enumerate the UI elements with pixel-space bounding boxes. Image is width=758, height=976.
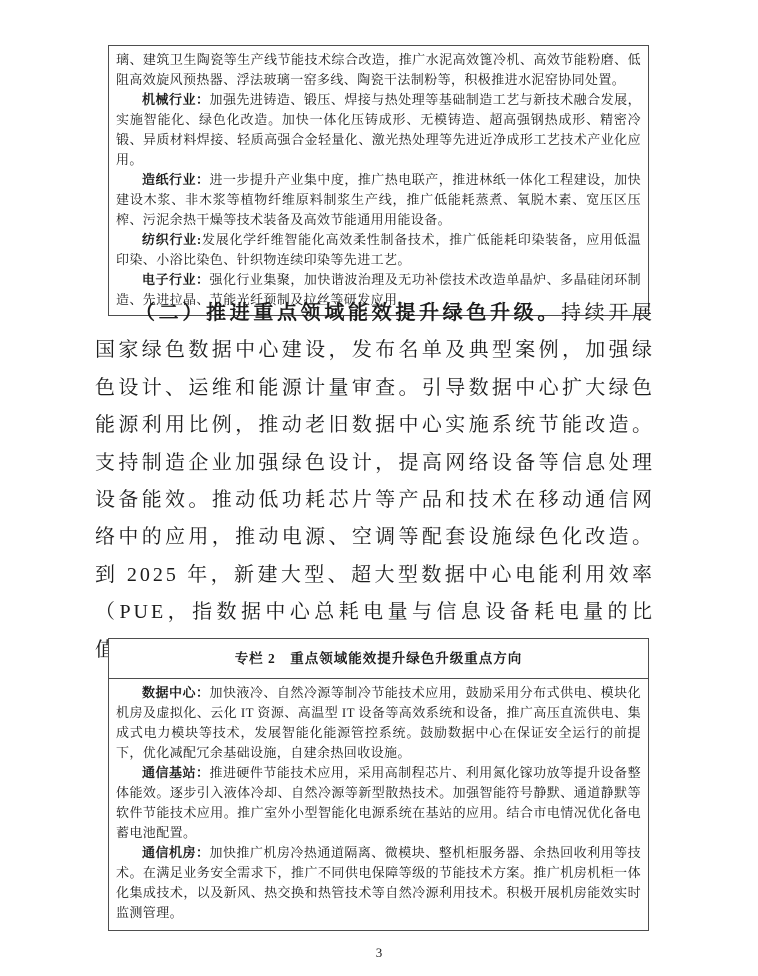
box1-para3-label: 纺织行业: bbox=[142, 232, 202, 247]
box1-para2-label: 造纸行业： bbox=[142, 172, 209, 187]
box2-paragraph-telecom-room: 通信机房：加快推广机房冷热通道隔离、微模块、整机柜服务器、余热回收利用等技术。在… bbox=[116, 843, 641, 923]
section-2-text: 持续开展国家绿色数据中心建设，发布名单及典型案例，加强绿色设计、运维和能源计量审… bbox=[95, 302, 655, 661]
box1-para0-text: 璃、建筑卫生陶瓷等生产线节能技术综合改造，推广水泥高效篦冷机、高效节能粉磨、低阻… bbox=[116, 52, 641, 87]
section-2-paragraph: （二）推进重点领域能效提升绿色升级。持续开展国家绿色数据中心建设，发布名单及典型… bbox=[95, 295, 655, 669]
box2-para2-label: 通信机房： bbox=[142, 845, 209, 860]
industry-directions-box: 璃、建筑卫生陶瓷等生产线节能技术综合改造，推广水泥高效篦冷机、高效节能粉磨、低阻… bbox=[108, 45, 649, 316]
box2-para1-label: 通信基站： bbox=[142, 765, 209, 780]
column-2-box: 专栏 2 重点领域能效提升绿色升级重点方向 数据中心：加快液冷、自然冷源等制冷节… bbox=[108, 638, 649, 931]
box2-paragraph-base-station: 通信基站：推进硬件节能技术应用，采用高制程芯片、利用氮化镓功放等提升设备整体能效… bbox=[116, 763, 641, 843]
column-2-title: 专栏 2 重点领域能效提升绿色升级重点方向 bbox=[109, 639, 648, 679]
section-2-heading: （二）推进重点领域能效提升绿色升级。 bbox=[135, 302, 561, 324]
box1-para1-label: 机械行业： bbox=[142, 92, 209, 107]
box1-paragraph-building-materials: 璃、建筑卫生陶瓷等生产线节能技术综合改造，推广水泥高效篦冷机、高效节能粉磨、低阻… bbox=[116, 50, 641, 90]
box1-paragraph-textile: 纺织行业:发展化学纤维智能化高效柔性制备技术，推广低能耗印染装备，应用低温印染、… bbox=[116, 230, 641, 270]
box2-para0-label: 数据中心： bbox=[142, 685, 209, 700]
page-number: 3 bbox=[0, 945, 758, 961]
box1-para4-label: 电子行业： bbox=[142, 272, 209, 287]
box1-paragraph-machinery: 机械行业：加强先进铸造、锻压、焊接与热处理等基础制造工艺与新技术融合发展，实施智… bbox=[116, 90, 641, 170]
column-2-content: 数据中心：加快液冷、自然冷源等制冷节能技术应用，鼓励采用分布式供电、模块化机房及… bbox=[109, 679, 648, 930]
box1-paragraph-papermaking: 造纸行业：进一步提升产业集中度，推广热电联产，推进林纸一体化工程建设，加快建设木… bbox=[116, 170, 641, 230]
box2-paragraph-data-center: 数据中心：加快液冷、自然冷源等制冷节能技术应用，鼓励采用分布式供电、模块化机房及… bbox=[116, 683, 641, 763]
